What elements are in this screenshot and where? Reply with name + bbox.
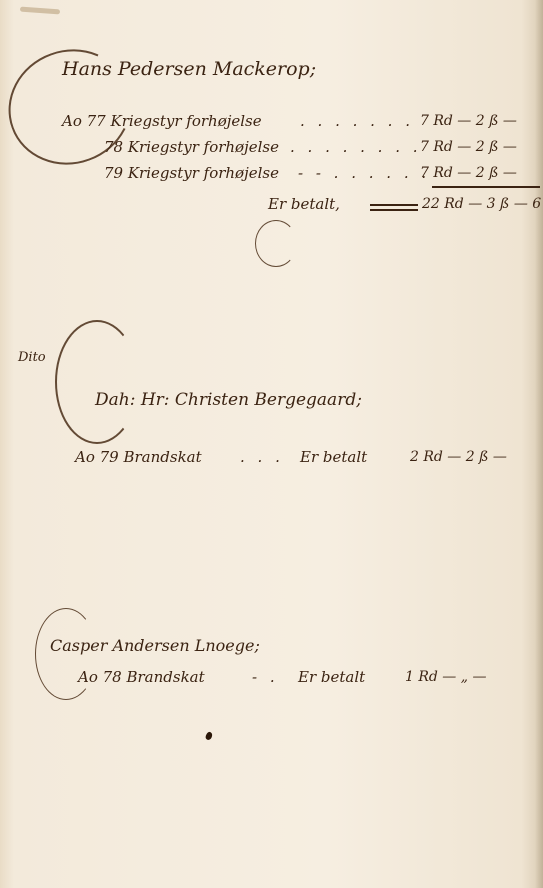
ink-stain — [20, 7, 60, 15]
entry-3-paid-label: Er betalt — [298, 668, 365, 686]
entry-2-name: Dah: Hr: Christen Bergegaard; — [95, 390, 362, 410]
entry-1-item-2-label: 78 Kriegstyr forhøjelse — [104, 138, 279, 156]
entry-1-item-1-label: Ao 77 Kriegstyr forhøjelse — [62, 112, 262, 130]
entry-1-name: Hans Pedersen Mackerop; — [62, 58, 316, 80]
double-rule-top — [370, 204, 418, 206]
entry-3-item-label: Ao 78 Brandskat — [78, 668, 205, 686]
entry-2-paid-label: Er betalt — [300, 448, 367, 466]
entry-1-total-label: Er betalt, — [268, 195, 340, 213]
ink-blot — [204, 731, 213, 741]
entry-1-item-1-amount: 7 Rd — 2 ß — — [420, 113, 517, 129]
initial-flourish-d — [55, 320, 139, 444]
entry-1-item-2-dots: . . . . . . . . — [290, 138, 422, 156]
entry-1-item-3-dots: - - . . . . . . — [298, 164, 430, 182]
initial-flourish-h — [0, 32, 148, 182]
entry-2-margin-note: Dito — [18, 350, 46, 365]
entry-3-amount: 1 Rd — „ — — [405, 669, 486, 685]
entry-1-item-2-amount: 7 Rd — 2 ß — — [420, 139, 517, 155]
e-flourish — [255, 220, 297, 267]
entry-1-total-amount: 22 Rd — 3 ß — 6 — [422, 196, 541, 212]
entry-1-item-1-dots: . . . . . . . — [300, 112, 414, 130]
entry-2-item-dots: . . . — [240, 448, 284, 466]
entry-3-name: Casper Andersen Lnoege; — [50, 636, 260, 655]
entry-3-item-dots: - . — [252, 668, 279, 686]
entry-2-amount: 2 Rd — 2 ß — — [410, 449, 507, 465]
entry-1-item-3-label: 79 Kriegstyr forhøjelse — [104, 164, 279, 182]
manuscript-page: Hans Pedersen Mackerop; Ao 77 Kriegstyr … — [0, 0, 543, 888]
sum-rule — [432, 186, 540, 188]
double-rule-bottom — [370, 209, 418, 211]
entry-1-item-3-amount: 7 Rd — 2 ß — — [420, 165, 517, 181]
page-edge-shadow — [535, 0, 543, 888]
entry-2-item-label: Ao 79 Brandskat — [75, 448, 202, 466]
